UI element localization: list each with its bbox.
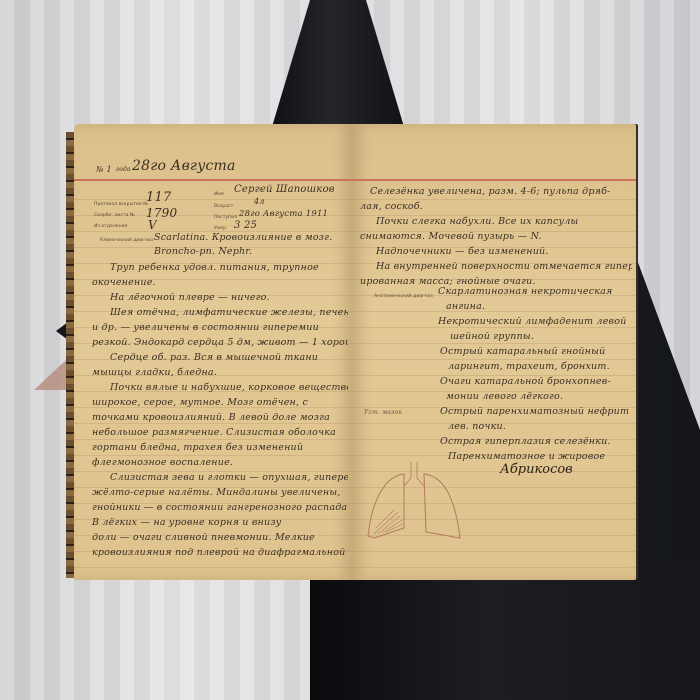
- signature: Абрикосов: [500, 462, 573, 477]
- lungs-diagram-icon: [364, 462, 464, 542]
- text-line: резкой. Эндокард сердца 5 дм, живот — 1 …: [92, 335, 348, 351]
- header-number: № 1: [96, 162, 112, 178]
- open-notebook: № 1 года 28го Августа Протокол вскрытия …: [66, 124, 636, 582]
- red-rule: [74, 179, 352, 181]
- text-line: лая, соскоб.: [360, 199, 622, 215]
- text-line: Шея отёчна, лимфатические железы, печень…: [110, 305, 348, 321]
- field-label: Из отделения: [94, 224, 127, 229]
- field-label: Протокол вскрытия №: [94, 202, 148, 207]
- diagnosis-line: Скарлатинозная некротическая: [438, 284, 628, 300]
- text-line: доли — очаги сливной пневмонии. Мелкие: [92, 530, 348, 546]
- text-line: гнойники — в состоянии гангренозного рас…: [92, 500, 348, 516]
- left-page: № 1 года 28го Августа Протокол вскрытия …: [74, 124, 352, 580]
- red-rule: [352, 179, 636, 181]
- text-line: широкое, серое, мутное. Мозг отёчен, с: [92, 395, 348, 411]
- text-line: На лёгочной плевре — ничего.: [110, 290, 348, 306]
- text-line: мышцы гладки, бледна.: [92, 365, 348, 381]
- diagnosis-line: шейной группы.: [450, 329, 628, 345]
- text-line: Селезёнка увеличена, разм. 4-6; пульпа д…: [370, 184, 632, 200]
- diagnosis-label: Клинический диагноз: [100, 238, 153, 243]
- anatomical-diagnosis-label: Анатомический диагноз: [374, 294, 433, 299]
- header-year-label: года: [116, 162, 131, 178]
- diagnosis-line: Острый катаральный гнойный: [440, 344, 628, 360]
- field-label: Скорбн. листа №: [94, 213, 135, 218]
- right-page: Селезёнка увеличена, разм. 4-6; пульпа д…: [352, 124, 636, 580]
- text-line: окоченение.: [92, 275, 348, 291]
- text-line: Почки слегка набухли. Все их капсулы: [376, 214, 632, 230]
- diagnosis-line: Очаги катаральной бронхопнев-: [440, 374, 630, 390]
- field-value: Сергей Шапошков: [234, 182, 335, 198]
- field-label: Имя: [214, 192, 224, 197]
- field-value: 117: [146, 190, 171, 206]
- field-label: Возраст: [214, 204, 233, 209]
- text-line: флегмонозное воспаление.: [92, 455, 348, 471]
- diagnosis-line: лев. почки.: [448, 419, 628, 435]
- text-line: Почки вялые и набухшие, корковое веществ…: [110, 380, 348, 396]
- text-line: точками кровоизлияний. В левой доле мозг…: [92, 410, 348, 426]
- diagnosis-line: Broncho-pn. Nephr.: [154, 244, 344, 260]
- text-line: На внутренней поверхности отмечается гип…: [376, 259, 632, 275]
- text-line: гортани бледна, трахея без изменений: [92, 440, 348, 456]
- diagnosis-line: Острая гиперплазия селезёнки.: [440, 434, 628, 450]
- side-note: Уст. мазок: [364, 405, 402, 421]
- text-line: кровоизлияния под плеврой на диафрагмаль…: [92, 545, 348, 561]
- diagnosis-line: ларингит, трахеит, бронхит.: [448, 359, 628, 375]
- diagnosis-line: ангина.: [446, 299, 628, 315]
- book-binding-edge: [66, 132, 74, 578]
- text-line: Слизистая зева и глотки — опухшая, гипер…: [110, 470, 348, 486]
- diagnosis-line: монии левого лёгкого.: [446, 389, 628, 405]
- text-line: В лёгких — на уровне корня и внизу: [92, 515, 348, 531]
- header-date: 28го Августа: [132, 158, 236, 174]
- text-line: небольшое размягчение. Слизистая оболочк…: [92, 425, 348, 441]
- diagnosis-line: Некротический лимфаденит левой: [438, 314, 628, 330]
- text-line: Сердце об. раз. Вся в мышечной ткани: [110, 350, 348, 366]
- diagnosis-line: Острый паренхиматозный нефрит: [440, 404, 628, 420]
- text-line: и др. — увеличены в состоянии гиперемии: [92, 320, 348, 336]
- text-line: снимаются. Мочевой пузырь — N.: [360, 229, 630, 245]
- text-line: жёлто-серые налёты. Миндалины увеличены,: [92, 485, 348, 501]
- text-line: Труп ребенка удовл. питания, трупное: [110, 260, 348, 276]
- text-line: Надпочечники — без изменений.: [376, 244, 632, 260]
